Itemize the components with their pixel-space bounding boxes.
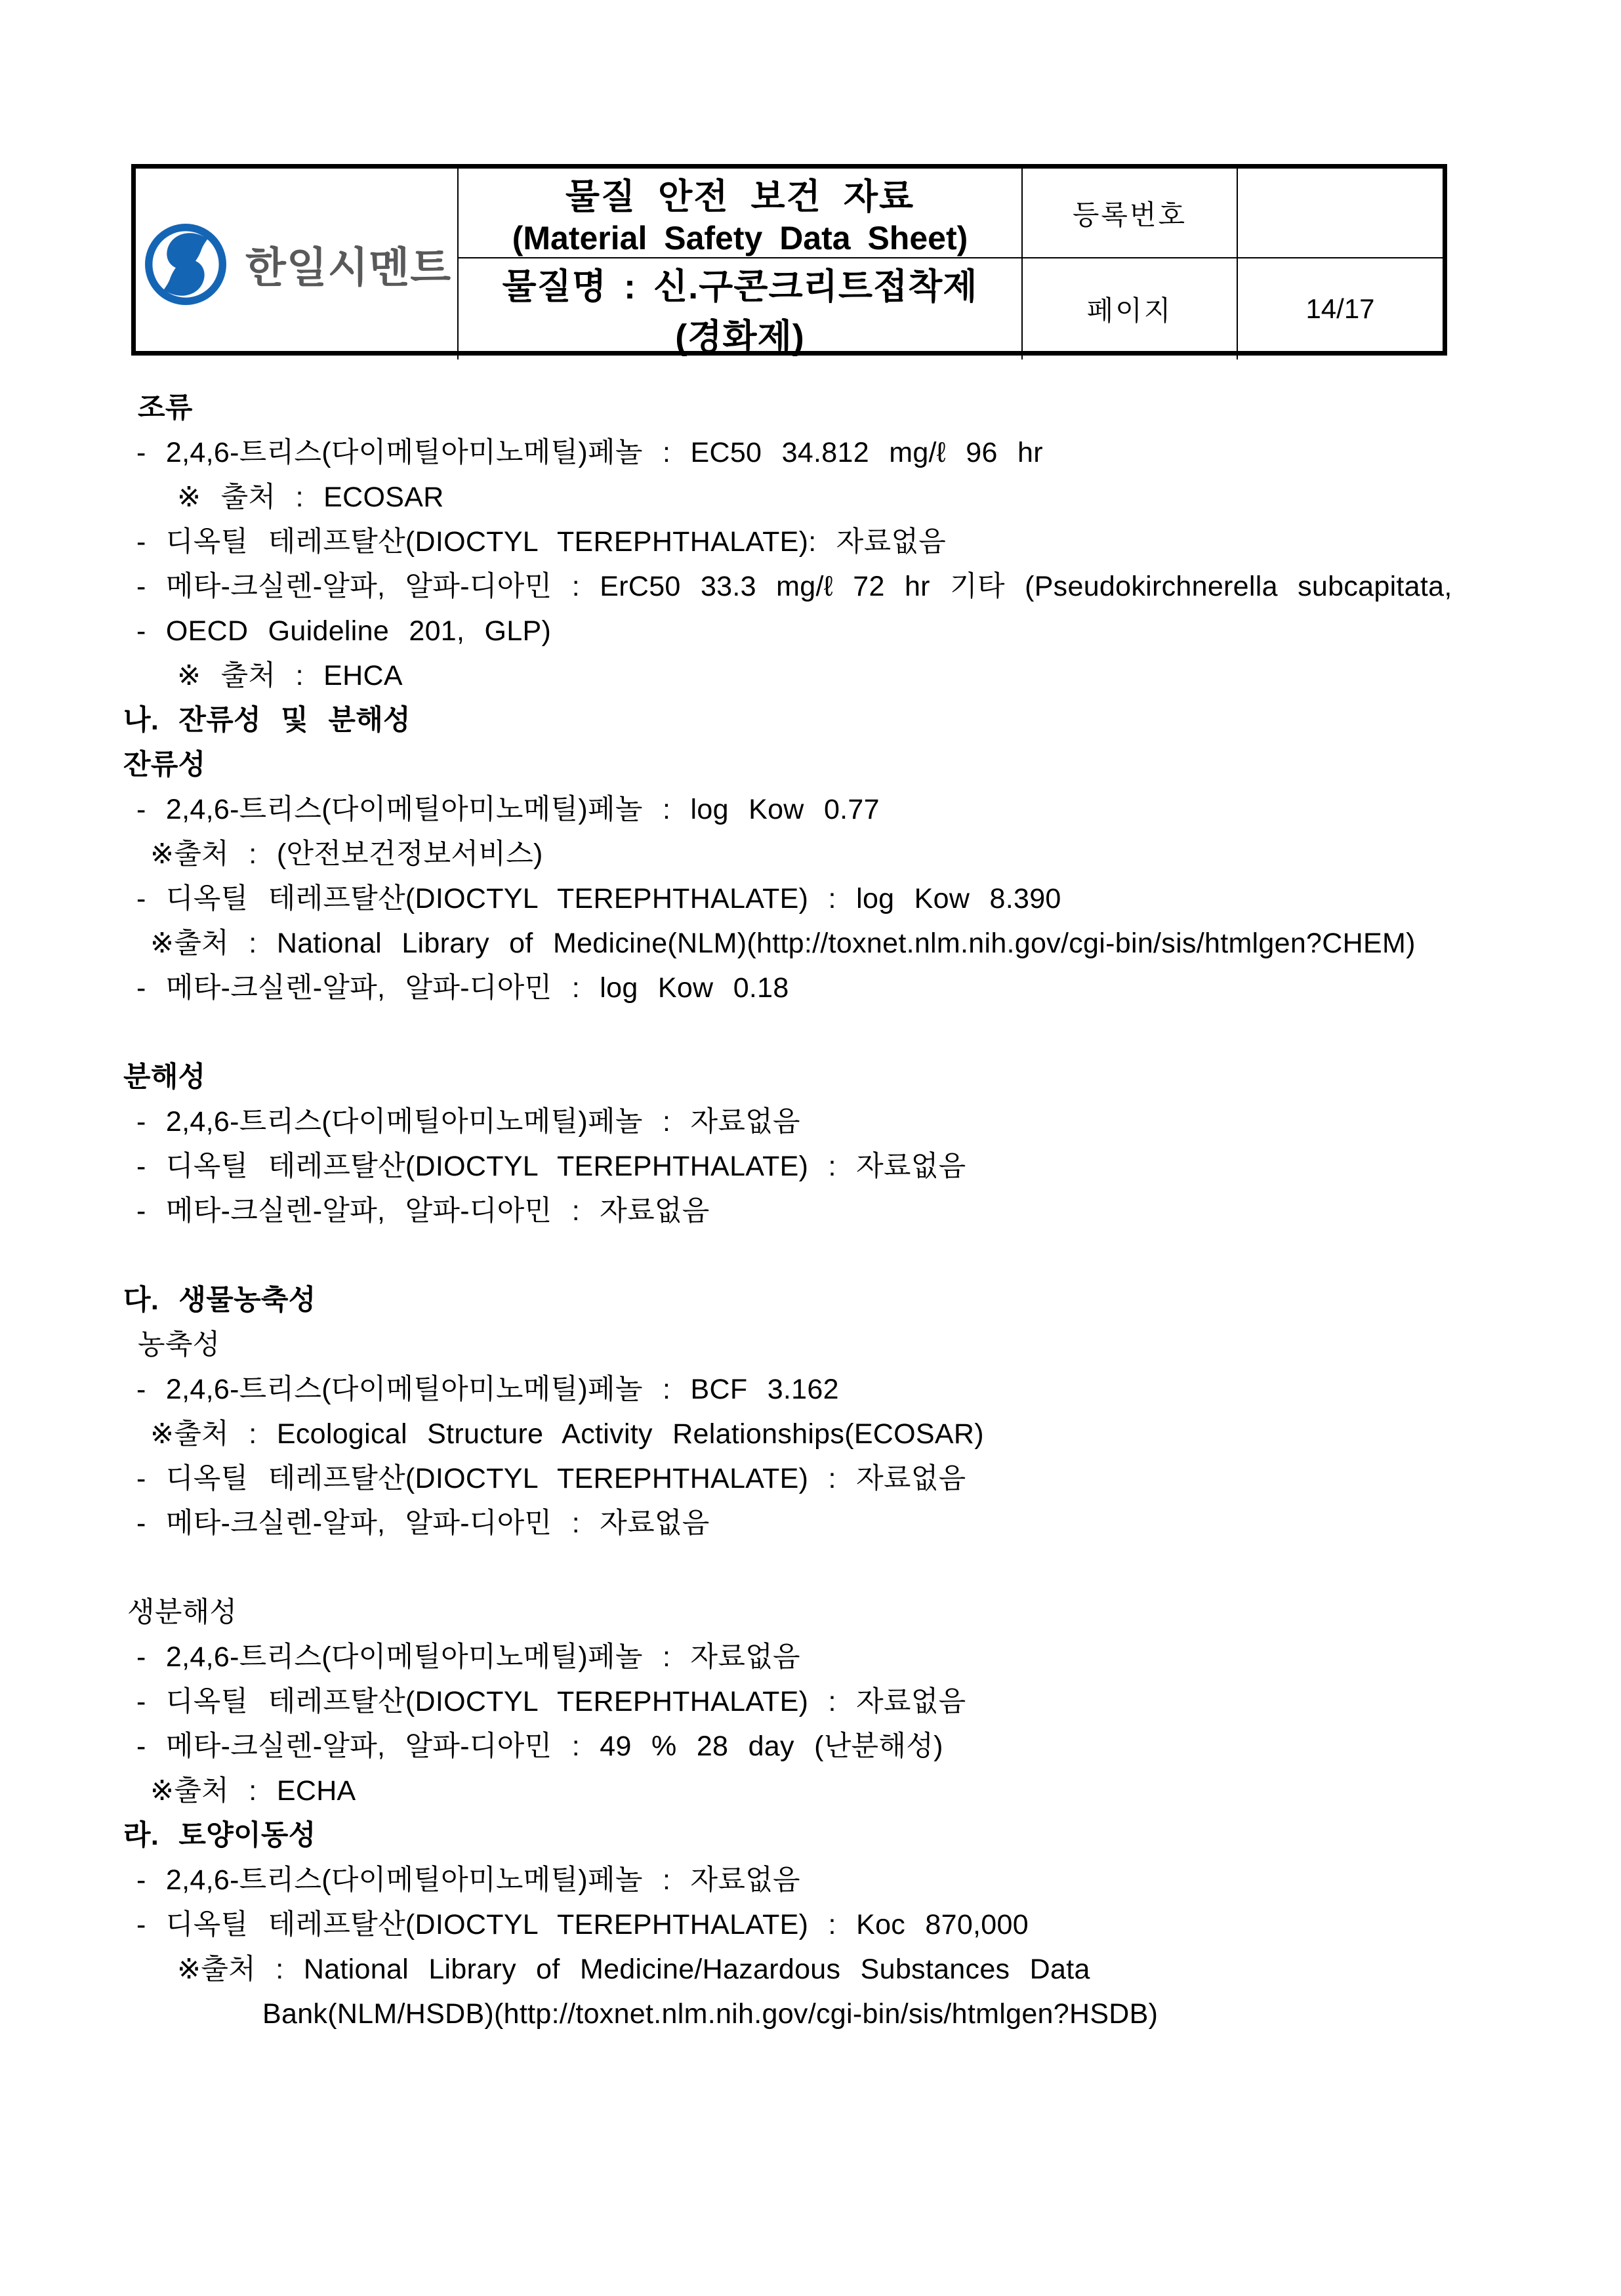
company-name: 한일시멘트 — [245, 234, 451, 295]
data-line: - 디옥틸 테레프탈산(DIOCTYL TEREPHTHALATE) : log… — [123, 876, 1599, 921]
registration-number-label-cell: 등록번호 — [1023, 169, 1238, 258]
data-line: - 2,4,6-트리스(다이메틸아미노메틸)페놀 : 자료없음 — [123, 1635, 1599, 1679]
page-number-label: 페이지 — [1087, 289, 1173, 329]
source-line: ※출처 : Ecological Structure Activity Rela… — [123, 1412, 1599, 1456]
data-line: - 2,4,6-트리스(다이메틸아미노메틸)페놀 : BCF 3.162 — [123, 1367, 1599, 1412]
doc-title-cell: 물질 안전 보건 자료 (Material Safety Data Sheet) — [459, 169, 1023, 258]
data-line: - 2,4,6-트리스(다이메틸아미노메틸)페놀 : 자료없음 — [123, 1099, 1599, 1144]
data-line: - 메타-크실렌-알파, 알파-디아민 : ErC50 33.3 mg/ℓ 72… — [123, 564, 1599, 609]
page-number-value-cell: 14/17 — [1238, 258, 1443, 359]
section-heading: 조류 — [123, 386, 1599, 430]
company-logo: 한일시멘트 — [142, 220, 451, 308]
data-line: - 2,4,6-트리스(다이메틸아미노메틸)페놀 : log Kow 0.77 — [123, 787, 1599, 832]
data-line: - 2,4,6-트리스(다이메틸아미노메틸)페놀 : EC50 34.812 m… — [123, 430, 1599, 475]
material-name-cell: 물질명 : 신.구콘크리트접착제 (경화제) — [459, 258, 1023, 359]
data-line: - 디옥틸 테레프탈산(DIOCTYL TEREPHTHALATE) : Koc… — [123, 1902, 1599, 1947]
blank-line — [123, 1010, 1599, 1055]
section-heading: 잔류성 — [123, 743, 1599, 787]
data-line: - 디옥틸 테레프탈산(DIOCTYL TEREPHTHALATE) : 자료없… — [123, 1144, 1599, 1189]
section-heading: 라. 토양이동성 — [123, 1813, 1599, 1858]
source-line: ※출처 : National Library of Medicine(NLM)(… — [123, 921, 1599, 966]
doc-title-korean: 물질 안전 보건 자료 — [565, 169, 914, 219]
section-heading: 나. 잔류성 및 분해성 — [123, 698, 1599, 743]
hanil-cement-logo-icon — [142, 220, 230, 308]
data-line: - OECD Guideline 201, GLP) — [123, 609, 1599, 653]
data-line: - 디옥틸 테레프탈산(DIOCTYL TEREPHTHALATE) : 자료없… — [123, 1456, 1599, 1501]
data-line: - 메타-크실렌-알파, 알파-디아민 : 자료없음 — [123, 1501, 1599, 1546]
source-line: ※출처 : (안전보건정보서비스) — [123, 832, 1599, 876]
msds-document-page: 한일시멘트 물질 안전 보건 자료 (Material Safety Data … — [0, 0, 1621, 2296]
data-line: - 디옥틸 테레프탈산(DIOCTYL TEREPHTHALATE) : 자료없… — [123, 1679, 1599, 1724]
document-body: 조류 - 2,4,6-트리스(다이메틸아미노메틸)페놀 : EC50 34.81… — [123, 386, 1599, 2036]
msds-header-table: 한일시멘트 물질 안전 보건 자료 (Material Safety Data … — [131, 164, 1447, 356]
sub-heading: 생분해성 — [123, 1590, 1599, 1635]
continuation-line: Bank(NLM/HSDB)(http://toxnet.nlm.nih.gov… — [123, 1992, 1599, 2036]
data-line: - 메타-크실렌-알파, 알파-디아민 : 49 % 28 day (난분해성) — [123, 1724, 1599, 1769]
logo-cell: 한일시멘트 — [136, 169, 459, 359]
registration-number-value-cell — [1238, 169, 1443, 258]
data-line: - 디옥틸 테레프탈산(DIOCTYL TEREPHTHALATE): 자료없음 — [123, 520, 1599, 564]
source-line: ※출처 : ECHA — [123, 1769, 1599, 1813]
registration-number-label: 등록번호 — [1073, 194, 1187, 233]
section-heading: 분해성 — [123, 1055, 1599, 1099]
page-number-value: 14/17 — [1305, 293, 1374, 325]
source-line: ※출처 : National Library of Medicine/Hazar… — [123, 1947, 1599, 1992]
section-heading: 다. 생물농축성 — [123, 1278, 1599, 1322]
sub-heading: 농축성 — [123, 1322, 1599, 1367]
material-name-line1: 물질명 : 신.구콘크리트접착제 — [503, 258, 978, 309]
data-line: - 메타-크실렌-알파, 알파-디아민 : log Kow 0.18 — [123, 966, 1599, 1010]
data-line: - 메타-크실렌-알파, 알파-디아민 : 자료없음 — [123, 1189, 1599, 1233]
blank-line — [123, 1546, 1599, 1590]
page-number-label-cell: 페이지 — [1023, 258, 1238, 359]
blank-line — [123, 1233, 1599, 1278]
material-name-line2: (경화제) — [675, 309, 804, 359]
source-line: ※ 출처 : ECOSAR — [123, 475, 1599, 520]
doc-title-english: (Material Safety Data Sheet) — [512, 219, 968, 257]
data-line: - 2,4,6-트리스(다이메틸아미노메틸)페놀 : 자료없음 — [123, 1858, 1599, 1902]
source-line: ※ 출처 : EHCA — [123, 653, 1599, 698]
